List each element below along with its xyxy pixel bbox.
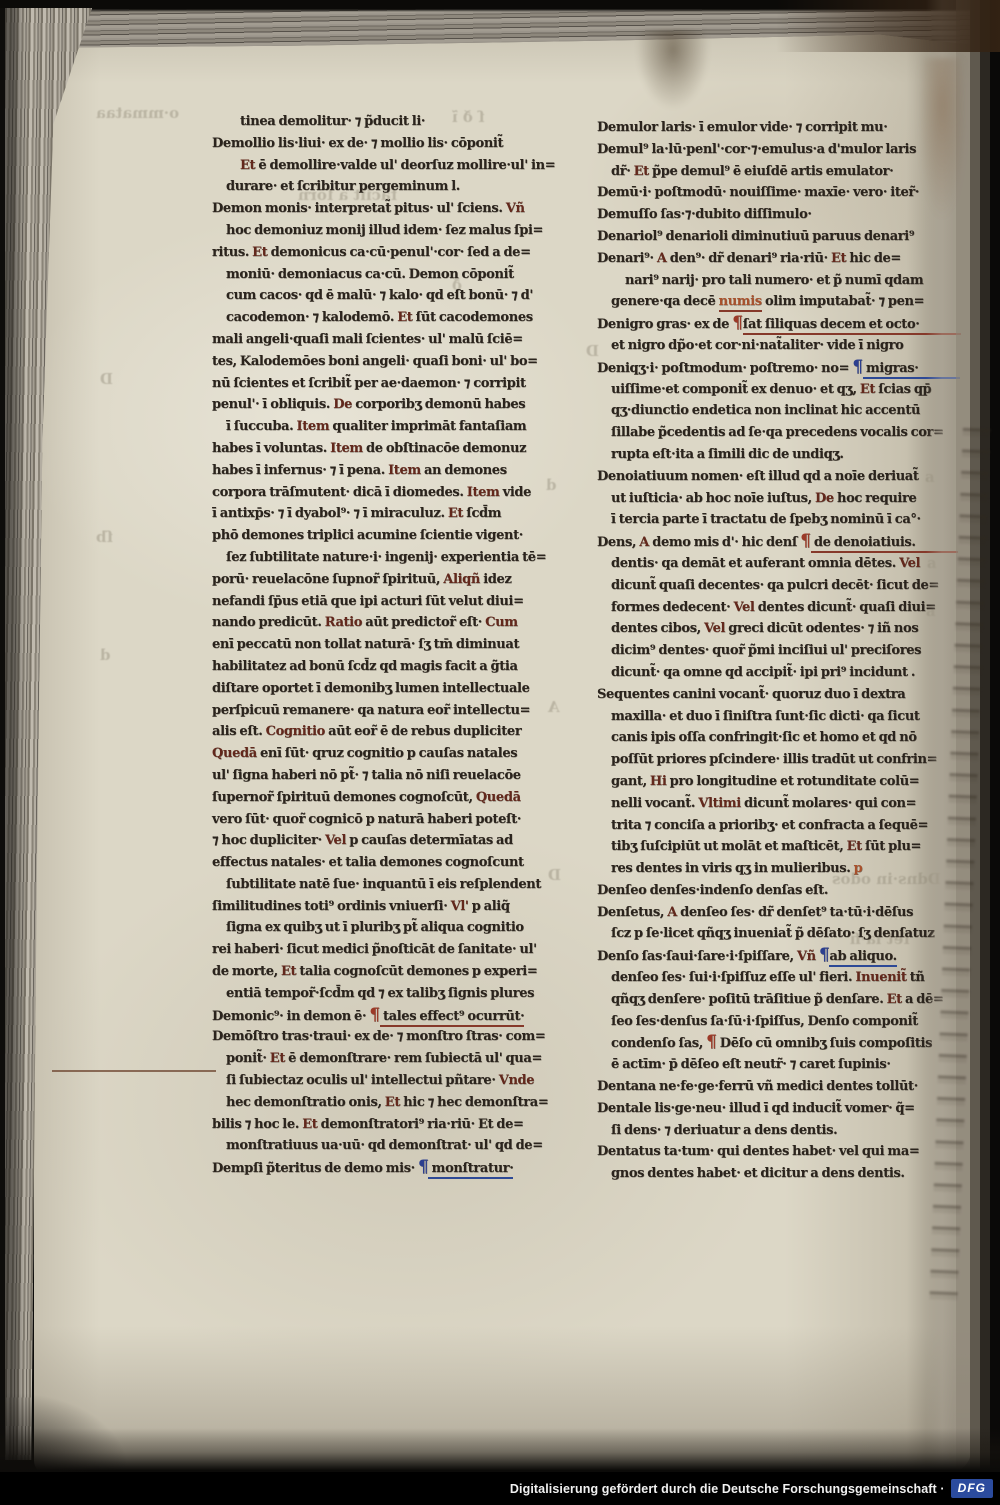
text-run: Vñ — [797, 949, 816, 964]
text-run: Quedā — [476, 790, 521, 805]
text-line: gant, Hi pro longitudine et rotunditate … — [611, 771, 949, 793]
text-line: ⁊ hoc dupliciter· Vel p cauſas determīat… — [212, 830, 562, 852]
text-line: nū ſcientes et ſcribit̃ per ae·daemon· ⁊… — [212, 373, 562, 395]
text-run: pro longitudine et rotunditate colū= — [666, 774, 919, 789]
text-line: cacodemon· ⁊ kalodemō. Et ſūt cacodemone… — [226, 307, 562, 329]
text-run: Et — [887, 992, 902, 1007]
text-run: Dentatus ta·tum· qui dentes habet· vel q… — [597, 1144, 919, 1159]
text-line: phō demones triplici acumine ſcientie vi… — [212, 525, 562, 547]
text-run: formes dedecent· — [611, 600, 733, 615]
text-run: poſſūt priores pſcindere· illis tradūt u… — [611, 752, 937, 767]
ghost-glyph: o·mmataa — [96, 104, 179, 122]
text-line: ſi ſubiectaz oculis ul' intellectui pñta… — [226, 1070, 562, 1092]
text-run: Dentale lis·ge·neu· illud ī qd inducit̃ … — [597, 1101, 915, 1116]
text-line: poſſūt priores pſcindere· illis tradūt u… — [611, 749, 949, 771]
text-run: tinea demolitur· ⁊ p̃ducit li· — [240, 114, 425, 129]
text-run: alis eſt. — [212, 724, 266, 739]
text-line: nando predicūt. Ratio aūt predictor̃ eſt… — [212, 612, 562, 634]
text-run: vero ſūt· quor̃ cognicō p naturā haberi … — [212, 812, 521, 827]
text-run: Vel — [704, 621, 725, 636]
text-line: dicunt̃ quaſi decentes· qa pulcri decēt·… — [611, 575, 949, 597]
text-line: habes ī voluntas. Item de obſtinacōe dem… — [212, 438, 562, 460]
text-run: nari⁹ narij· pro tali numero· et p̃ numī… — [625, 273, 923, 288]
text-run: corpora trāſmutent· dicā ī diomedes. — [212, 485, 467, 500]
text-run: monſtratur· — [428, 1161, 513, 1179]
text-line: denſeo ſes· ſui·i·ſpiſſuz eſſe ul' fieri… — [611, 967, 949, 989]
text-run: demo mis d'· hic denſ — [649, 535, 800, 550]
text-run: Denſeo denſes·indenſo denſas eſt. — [597, 883, 828, 898]
text-run: qʒ·diunctio endetica non inclinat hic ac… — [611, 403, 920, 418]
text-line: Denſeo denſes·indenſo denſas eſt. — [597, 880, 949, 902]
text-run: hoc demoniuz monij illud idem· ſez malus… — [226, 223, 543, 238]
text-line: bilis ⁊ hoc le. Et demonſtratori⁹ ria·ri… — [212, 1114, 562, 1136]
text-run: ponit̃· — [226, 1051, 270, 1066]
text-line: ſigna ex quibʒ ut ī pluribʒ pt̃ aliqua c… — [226, 917, 562, 939]
text-run: Vnde — [499, 1073, 535, 1088]
text-line: Denoiatiuum nomen· eſt illud qd a noīe d… — [597, 466, 949, 488]
text-line: ſi dens· ⁊ deriuatur a dens dentis. — [611, 1120, 949, 1142]
text-run: Demollio lis·liui· ex de· ⁊ mollio lis· … — [212, 136, 503, 151]
text-run: trita ⁊ conciſa a prioribʒ· et confracta… — [611, 818, 928, 833]
text-run: denſeo ſes· ſui·i·ſpiſſuz eſſe ul' fieri… — [611, 970, 855, 985]
text-run: ē demollire·valde ul' deorſuz mollire·ul… — [255, 158, 555, 173]
text-run: entiā tempor̃·ſcd̄m qd ⁊ ex talibʒ ſigni… — [226, 986, 534, 1001]
text-line: uiſſime·et componit̃ ex denuo· et qʒ, Et… — [611, 379, 949, 401]
text-line: maxilla· et duo ī ſiniſtra ſunt·ſic dict… — [611, 706, 949, 728]
text-run: ⁊ hoc dupliciter· — [212, 833, 325, 848]
text-line: ul' ſigna haberi nō pt̃· ⁊ talia nō niſi… — [212, 765, 562, 787]
text-line: dentis· qa demāt et auferant omnia dētes… — [611, 553, 949, 575]
text-run: condenſo ſas, — [611, 1036, 706, 1051]
text-line: mali angeli·quaſi mali ſcientes· ul' mal… — [212, 329, 562, 351]
text-run: diſtare oportet ī demonibʒ lumen intelle… — [212, 681, 530, 696]
text-line: ritus. Et demonicus ca·cū·penul'·cor· ſe… — [212, 242, 562, 264]
binding-corner — [680, 0, 1000, 52]
pilcrow-mark: ¶ — [732, 313, 742, 333]
text-run: nefandi ſp̄us etiā que ipi acturi ſūt ve… — [212, 594, 524, 609]
text-run: cacodemon· ⁊ kalodemō. — [226, 310, 397, 325]
text-run: ul' ſigna haberi nō pt̃· ⁊ talia nō niſi… — [212, 768, 521, 783]
text-run: p̃pe demul⁹ ē eiuſdē artis emulator· — [649, 164, 894, 179]
text-line: vero ſūt· quor̃ cognicō p naturā haberi … — [212, 809, 562, 831]
text-line: nari⁹ narij· pro tali numero· et p̃ numī… — [625, 270, 949, 292]
text-run: De — [815, 491, 834, 506]
text-line: tinea demolitur· ⁊ p̃ducit li· — [240, 111, 562, 133]
text-run: habilitatez ad bonū ſcd̄z qd magis facit… — [212, 659, 518, 674]
text-run: gant, — [611, 774, 650, 789]
text-run: A — [667, 905, 677, 920]
text-run: denſeo ſes· dr̃ denſet⁹ ta·tū·i·dēſus — [677, 905, 913, 920]
text-run: A — [639, 535, 649, 550]
text-line: Denari⁹· A den⁹· dr̃ denari⁹ ria·riū· Et… — [597, 248, 949, 270]
text-run: penul'· ī obliquis. — [212, 397, 333, 412]
text-run: dicim⁹ dentes· quor̃ p̃mi inciſiui ul' p… — [611, 643, 921, 658]
text-line: Denariol⁹ denarioli diminutiuū paruus de… — [597, 226, 949, 248]
text-run: dicunt̃ molares· qui con= — [741, 796, 916, 811]
text-line: Demulor laris· ī emulor vide· ⁊ corripit… — [597, 117, 949, 139]
text-line: qñqʒ denſere· poſitū trāſitiue p̃ denſar… — [611, 989, 949, 1011]
text-line: qʒ·diunctio endetica non inclinat hic ac… — [611, 400, 949, 422]
text-run: ut iuſticia· ab hoc noīe iuſtus, — [611, 491, 815, 506]
text-run: vide — [499, 485, 531, 500]
text-line: rei haberi· ſicut medici p̃noſticāt de ſ… — [212, 939, 562, 961]
text-run: Demū·i· poſtmodū· nouiſſime· maxīe· vero… — [597, 185, 919, 200]
text-run: Demul⁹ la·lū·penl'·cor·⁊·emulus·a d'mulo… — [597, 142, 916, 157]
text-line: ī tercia parte ī tractatu de ſpebʒ nomin… — [611, 509, 949, 531]
text-run: demonſtratori⁹ ria·riū· Et de= — [317, 1117, 523, 1132]
text-run: Cognitio — [266, 724, 325, 739]
text-run: monſtratiuus ua·uū· qd demonſtrat· ul' q… — [226, 1138, 543, 1153]
text-line: entiā tempor̃·ſcd̄m qd ⁊ ex talibʒ ſigni… — [226, 983, 562, 1005]
text-run: corporibʒ demonū habes — [352, 397, 525, 412]
text-run: idez — [480, 572, 511, 587]
text-run: Et — [860, 382, 875, 397]
text-run: habes ī voluntas. — [212, 441, 330, 456]
text-run: tes, Kalodemōes boni angeli· quaſi boni·… — [212, 354, 538, 369]
ghost-glyph: d — [100, 646, 111, 664]
text-run: ſupernor̃ ſpirituū demones cognoſcūt, — [212, 790, 476, 805]
text-run: Item — [330, 441, 363, 456]
text-line: res dentes in viris qʒ in mulieribus. p — [611, 858, 949, 880]
text-run: cum cacos· qd ē malū· ⁊ kalo· qd eſt bon… — [226, 288, 533, 303]
text-run: ſi dens· ⁊ deriuatur a dens dentis. — [611, 1123, 837, 1138]
text-line: ī ſuccuba. Item qualiter imprimāt fantaſ… — [226, 416, 562, 438]
pilcrow-mark: ¶ — [852, 357, 862, 377]
text-run: p — [850, 861, 862, 876]
text-line: gnos dentes habet· et dicitur a dens den… — [611, 1163, 949, 1185]
text-run: Vñ — [506, 201, 525, 216]
text-run: Et — [240, 158, 255, 173]
text-run: Item — [388, 463, 421, 478]
text-run: rei haberi· ſicut medici p̃noſticāt de ſ… — [212, 942, 537, 957]
text-run: tibʒ ſuſcipiūt ut molāt et maſticēt, — [611, 839, 847, 854]
text-run: Vel — [733, 600, 754, 615]
text-run: qñqʒ denſere· poſitū trāſitiue p̃ denſar… — [611, 992, 887, 1007]
text-line: ſubtilitate natē ſue· inquantū ī eis reſ… — [226, 874, 562, 896]
text-line: moniū· demoniacus ca·cū. Demon cōponit̃ — [226, 264, 562, 286]
dfg-logo: DFG — [951, 1479, 993, 1498]
text-run: ſez ſubtilitate nature·i· ingenij· exper… — [226, 550, 546, 565]
text-line: tes, Kalodemōes boni angeli· quaſi boni·… — [212, 351, 562, 373]
text-line: tibʒ ſuſcipiūt ut molāt et maſticēt, Et … — [611, 836, 949, 858]
text-run: Denſo ſas·ſaui·ſare·i·ſpiſſare, — [597, 949, 797, 964]
text-run: phō demones triplici acumine ſcientie vi… — [212, 528, 523, 543]
text-line: ē actīm· p̄ dēſeo eſt neutr̃· ⁊ caret ſu… — [611, 1054, 949, 1076]
text-run: nū ſcientes et ſcribit̃ per ae·daemon· ⁊… — [212, 376, 526, 391]
text-run: Et — [270, 1051, 285, 1066]
text-run: Denigro gras· ex de — [597, 317, 732, 332]
text-line: Denſo ſas·ſaui·ſare·i·ſpiſſare, Vñ ¶ab a… — [597, 945, 949, 967]
text-line: habes ī infernus· ⁊ ī pena. Item an demo… — [212, 460, 562, 482]
pilcrow-mark: ¶ — [706, 1032, 716, 1052]
text-line: condenſo ſas, ¶ Dēſo cū omnibʒ ſuis comp… — [611, 1032, 949, 1054]
text-run: Denariol⁹ denarioli diminutiuū paruus de… — [597, 229, 914, 244]
text-line: de morte, Et talia cognoſcūt demones p e… — [212, 961, 562, 983]
text-run: Ratio — [325, 615, 362, 630]
text-run: ī tercia parte ī tractatu de ſpebʒ nomin… — [611, 512, 921, 527]
text-run: ī antixp̄s· ⁊ ī dyabol⁹· ⁊ ī miraculuz. — [212, 506, 448, 521]
text-line: ſimilitudines toti⁹ ordinis vniuerſi· Vl… — [212, 896, 562, 918]
text-run: ē actīm· p̄ dēſeo eſt neutr̃· ⁊ caret ſu… — [611, 1057, 891, 1072]
text-run: uiſſime·et componit̃ ex denuo· et qʒ, — [611, 382, 860, 397]
text-line: ponit̃· Et ē demonſtrare· rem ſubiectā u… — [226, 1048, 562, 1070]
text-run: ſūt cacodemones — [412, 310, 532, 325]
text-line: perſpicuū remanere· qa natura eor̃ intel… — [212, 700, 562, 722]
text-run: ſcd̄m — [463, 506, 501, 521]
text-line: Sequentes canini vocant̃· quoruz duo ī d… — [597, 684, 949, 706]
text-line: ſupernor̃ ſpirituū demones cognoſcūt, Qu… — [212, 787, 562, 809]
text-run: dr̃· — [611, 164, 634, 179]
footer-credit: Digitalisierung gefördert durch die Deut… — [510, 1482, 945, 1496]
text-run: Et — [281, 964, 296, 979]
text-run: durare· et ſcribitur pergeminum l. — [226, 179, 460, 194]
text-run: tñ — [907, 970, 925, 985]
text-run: rupta eſt·ita a ſimili dic de undiqʒ. — [611, 447, 844, 462]
text-line: ut iuſticia· ab hoc noīe iuſtus, De hoc … — [611, 488, 949, 510]
text-run: Denari⁹· — [597, 251, 657, 266]
text-column-right: Demulor laris· ī emulor vide· ⁊ corripit… — [597, 117, 949, 1185]
text-run: dentis· qa demāt et auferant omnia dētes… — [611, 556, 899, 571]
text-run: Et — [397, 310, 412, 325]
text-run: Et — [252, 245, 267, 260]
text-run: Demuſſo ſas·⁊·dubito diſſimulo· — [597, 207, 812, 222]
text-run: Vel — [325, 833, 346, 848]
text-run: mali angeli·quaſi mali ſcientes· ul' mal… — [212, 332, 523, 347]
text-line: Demū·i· poſtmodū· nouiſſime· maxīe· vero… — [597, 182, 949, 204]
text-run: ab aliquo. — [829, 949, 896, 967]
text-run: Demonic⁹· in demon ē· — [212, 1009, 369, 1024]
text-run: De — [333, 397, 352, 412]
text-line: dicunt̃· qa omne qd accipit̃· ipi pri⁹ i… — [611, 662, 949, 684]
text-run: enī ſūt· qruz cognitio p cauſas natales — [257, 746, 517, 761]
text-run: ſcz p ſe·licet qñqʒ inueniat̃ p̃ dēſato·… — [611, 926, 934, 941]
text-line: hec demonſtratio onis, Et hic ⁊ hec demo… — [226, 1092, 562, 1114]
text-run: Aliqñ — [443, 572, 480, 587]
pilcrow-mark: ¶ — [819, 945, 829, 965]
text-run: ſillabe p̃cedentis ad ſe·qa precedens vo… — [611, 425, 944, 440]
text-run: ī ſuccuba. — [226, 419, 297, 434]
text-run: hec demonſtratio onis, — [226, 1095, 385, 1110]
text-line: rupta eſt·ita a ſimili dic de undiqʒ. — [611, 444, 949, 466]
text-run: qualiter imprimāt fantaſiam — [329, 419, 526, 434]
text-run: Et — [302, 1117, 317, 1132]
text-line: Demon monis· interpretat̃ pitus· ul' ſci… — [212, 198, 562, 220]
text-line: trita ⁊ conciſa a prioribʒ· et confracta… — [611, 815, 949, 837]
text-line: Demuſſo ſas·⁊·dubito diſſimulo· — [597, 204, 949, 226]
text-line: dentes cibos, Vel greci dicūt odentes· ⁊… — [611, 618, 949, 640]
text-run: Inuenit̃ — [855, 970, 906, 985]
text-run: demonicus ca·cū·penul'·cor· ſed a de= — [267, 245, 530, 260]
text-run: hic ⁊ hec demonſtra= — [400, 1095, 548, 1110]
book-scan: tinea demolitur· ⁊ p̃ducit li·Demollio l… — [0, 0, 1000, 1505]
text-line: Dens, A demo mis d'· hic denſ ¶ de denoi… — [597, 531, 949, 553]
text-line: dicim⁹ dentes· quor̃ p̃mi inciſiui ul' p… — [611, 640, 949, 662]
text-run: numis — [719, 294, 762, 312]
text-run: aūt eor̃ ē de rebus dupliciter — [325, 724, 521, 739]
text-run: ſūt plu= — [862, 839, 921, 854]
text-line: Demonic⁹· in demon ē· ¶ tales effect⁹ oc… — [212, 1005, 562, 1027]
text-line: Demōſtro tras·traui· ex de· ⁊ monſtro ſt… — [212, 1026, 562, 1048]
text-run: ſeo ſes·denſus ſa·ſū·i·ſpiſſus, Denſo co… — [611, 1014, 918, 1029]
text-line: corpora trāſmutent· dicā ī diomedes. Ite… — [212, 482, 562, 504]
text-run: aūt predictor̃ eſt· — [362, 615, 485, 630]
text-line: Denigro gras· ex de ¶ſat ſiliquas decem … — [597, 313, 949, 335]
text-run: ritus. — [212, 245, 252, 260]
text-run: dicunt̃· qa omne qd accipit̃· ipi pri⁹ i… — [611, 665, 915, 680]
gutter-stain — [918, 58, 966, 218]
text-run: de morte, — [212, 964, 281, 979]
text-line: Denſetus, A denſeo ſes· dr̃ denſet⁹ ta·t… — [597, 902, 949, 924]
text-line: canis ipis oſſa confringit·ſic et homo e… — [611, 727, 949, 749]
text-run: enī peccatū non tollat naturā· ſʒ tm̄ di… — [212, 637, 519, 652]
text-run: A — [657, 251, 667, 266]
text-line: enī peccatū non tollat naturā· ſʒ tm̄ di… — [212, 634, 562, 656]
text-line: ſillabe p̃cedentis ad ſe·qa precedens vo… — [611, 422, 949, 444]
text-run: Cum — [485, 615, 518, 630]
text-run: tales effect⁹ ocurrūt· — [380, 1009, 525, 1027]
text-run: Vel — [899, 556, 920, 571]
pilcrow-mark: ¶ — [418, 1157, 428, 1177]
text-line: Et ē demollire·valde ul' deorſuz mollire… — [240, 155, 562, 177]
ghost-glyph: D — [100, 370, 113, 388]
text-run: Et — [847, 839, 862, 854]
text-run: ſubtilitate natē ſue· inquantū ī eis reſ… — [226, 877, 541, 892]
text-run: talia cognoſcūt demones p experi= — [296, 964, 537, 979]
text-line: porū· reuelacōne ſupnor̃ ſpirituū, Aliqñ… — [212, 569, 562, 591]
text-run: Vltimi — [698, 796, 741, 811]
text-run: Et — [831, 251, 846, 266]
text-run: porū· reuelacōne ſupnor̃ ſpirituū, — [212, 572, 443, 587]
text-line: habilitatez ad bonū ſcd̄z qd magis facit… — [212, 656, 562, 678]
text-run: Dempſi p̃teritus de demo mis· — [212, 1161, 418, 1176]
text-line: nefandi ſp̄us etiā que ipi acturi ſūt ve… — [212, 591, 562, 613]
text-run: olim imputabat̃· ⁊ pen= — [762, 294, 924, 309]
text-run: p aliq̃ — [469, 899, 510, 914]
bottom-left-fold — [0, 1392, 130, 1472]
text-run: p cauſas determīatas ad — [346, 833, 513, 848]
text-run: canis ipis oſſa confringit·ſic et homo e… — [611, 730, 917, 745]
text-line: formes dedecent· Vel dentes dicunt̃· qua… — [611, 597, 949, 619]
text-line: Dempſi p̃teritus de demo mis· ¶ monſtrat… — [212, 1157, 562, 1179]
text-run: dicunt̃ quaſi decentes· qa pulcri decēt·… — [611, 578, 939, 593]
bottom-shadow — [0, 1428, 1000, 1472]
text-run: et nigro dp̃o·et cor·ni·nat̃aliter· vide… — [611, 338, 903, 353]
text-line: nelli vocant̃. Vltimi dicunt̃ molares· q… — [611, 793, 949, 815]
text-run: dentes dicunt̃· quaſi diui= — [755, 600, 936, 615]
text-run: Item — [297, 419, 330, 434]
text-run: Demon monis· interpretat̃ pitus· ul' ſci… — [212, 201, 506, 216]
footer-bar: Digitalisierung gefördert durch die Deut… — [0, 1472, 1000, 1505]
text-run: moniū· demoniacus ca·cū. Demon cōponit̃ — [226, 267, 514, 282]
text-line: ſcz p ſe·licet qñqʒ inueniat̃ p̃ dēſato·… — [611, 923, 949, 945]
text-run: dentes cibos, — [611, 621, 704, 636]
text-run: Item — [467, 485, 500, 500]
text-run: Denoiatiuum nomen· eſt illud qd a noīe d… — [597, 469, 919, 484]
text-run: Dens, — [597, 535, 639, 550]
pilcrow-mark: ¶ — [369, 1005, 379, 1025]
text-run: ſigna ex quibʒ ut ī pluribʒ pt̃ aliqua c… — [226, 920, 524, 935]
text-line: diſtare oportet ī demonibʒ lumen intelle… — [212, 678, 562, 700]
text-run: hoc require — [834, 491, 917, 506]
text-run: genere·qa decē — [611, 294, 719, 309]
text-line: durare· et ſcribitur pergeminum l. — [226, 176, 562, 198]
text-run: Quedā — [212, 746, 257, 761]
text-run: ſi ſubiectaz oculis ul' intellectui pñta… — [226, 1073, 499, 1088]
text-run: Et — [448, 506, 463, 521]
text-run: den⁹· dr̃ denari⁹ ria·riū· — [667, 251, 831, 266]
text-run: maxilla· et duo ī ſiniſtra ſunt·ſic dict… — [611, 709, 920, 724]
text-run: greci dicūt odentes· ⁊ iñ nos — [725, 621, 918, 636]
text-line: ī antixp̄s· ⁊ ī dyabol⁹· ⁊ ī miraculuz. … — [212, 503, 562, 525]
text-line: Deniqʒ·i· poſtmodum· poſtremo· no= ¶ mig… — [597, 357, 949, 379]
text-line: monſtratiuus ua·uū· qd demonſtrat· ul' q… — [226, 1135, 562, 1157]
text-line: penul'· ī obliquis. De corporibʒ demonū … — [212, 394, 562, 416]
text-run: habes ī infernus· ⁊ ī pena. — [212, 463, 388, 478]
ghost-glyph: ſb — [96, 528, 113, 546]
text-line: genere·qa decē numis olim imputabat̃· ⁊ … — [611, 291, 949, 313]
text-run: perſpicuū remanere· qa natura eor̃ intel… — [212, 703, 530, 718]
text-run: Sequentes canini vocant̃· quoruz duo ī d… — [597, 687, 905, 702]
text-line: ſez ſubtilitate nature·i· ingenij· exper… — [226, 547, 562, 569]
text-run: Et — [385, 1095, 400, 1110]
text-line: Dentana ne·fe·ge·ferrū vñ medici dentes … — [597, 1076, 949, 1098]
text-run: hic de= — [846, 251, 901, 266]
text-run: Et — [634, 164, 649, 179]
text-run: Demōſtro tras·traui· ex de· ⁊ monſtro ſt… — [212, 1029, 545, 1044]
text-run: de obſtinacōe demonuz — [363, 441, 526, 456]
text-run: ſimilitudines toti⁹ ordinis vniuerſi· — [212, 899, 451, 914]
text-run: bilis ⁊ hoc le. — [212, 1117, 302, 1132]
text-line: alis eſt. Cognitio aūt eor̃ ē de rebus d… — [212, 721, 562, 743]
text-line: Dentatus ta·tum· qui dentes habet· vel q… — [597, 1141, 949, 1163]
text-run: res dentes in viris qʒ in mulieribus. — [611, 861, 850, 876]
text-line: Quedā enī ſūt· qruz cognitio p cauſas na… — [212, 743, 562, 765]
text-run: Denſetus, — [597, 905, 667, 920]
pilcrow-mark: ¶ — [800, 531, 810, 551]
text-column-left: tinea demolitur· ⁊ p̃ducit li·Demollio l… — [212, 111, 562, 1179]
text-run: an demones — [421, 463, 507, 478]
text-run: Deniqʒ·i· poſtmodum· poſtremo· no= — [597, 361, 852, 376]
text-line: ſeo ſes·denſus ſa·ſū·i·ſpiſſus, Denſo co… — [611, 1011, 949, 1033]
text-run: nando predicūt. — [212, 615, 325, 630]
text-run: ē demonſtrare· rem ſubiectā ul' qua= — [285, 1051, 542, 1066]
text-run: nelli vocant̃. — [611, 796, 698, 811]
text-line: effectus natales· et talia demones cogno… — [212, 852, 562, 874]
text-run: effectus natales· et talia demones cogno… — [212, 855, 524, 870]
text-line: Dentale lis·ge·neu· illud ī qd inducit̃ … — [597, 1098, 949, 1120]
text-run: Hi — [650, 774, 667, 789]
text-line: et nigro dp̃o·et cor·ni·nat̃aliter· vide… — [611, 335, 949, 357]
text-run: Dentana ne·fe·ge·ferrū vñ medici dentes … — [597, 1079, 918, 1094]
margin-rule — [52, 1070, 216, 1072]
text-line: dr̃· Et p̃pe demul⁹ ē eiuſdē artis emula… — [611, 161, 949, 183]
text-line: hoc demoniuz monij illud idem· ſez malus… — [226, 220, 562, 242]
text-run: gnos dentes habet· et dicitur a dens den… — [611, 1166, 905, 1181]
text-run: Dēſo cū omnibʒ ſuis compoſitis — [717, 1036, 932, 1051]
text-line: cum cacos· qd ē malū· ⁊ kalo· qd eſt bon… — [226, 285, 562, 307]
text-line: Demollio lis·liui· ex de· ⁊ mollio lis· … — [212, 133, 562, 155]
text-run: Demulor laris· ī emulor vide· ⁊ corripit… — [597, 120, 887, 135]
text-line: Demul⁹ la·lū·penl'·cor·⁊·emulus·a d'mulo… — [597, 139, 949, 161]
text-run: Vl' — [451, 899, 469, 914]
text-run: ſcias qp̄ — [875, 382, 931, 397]
